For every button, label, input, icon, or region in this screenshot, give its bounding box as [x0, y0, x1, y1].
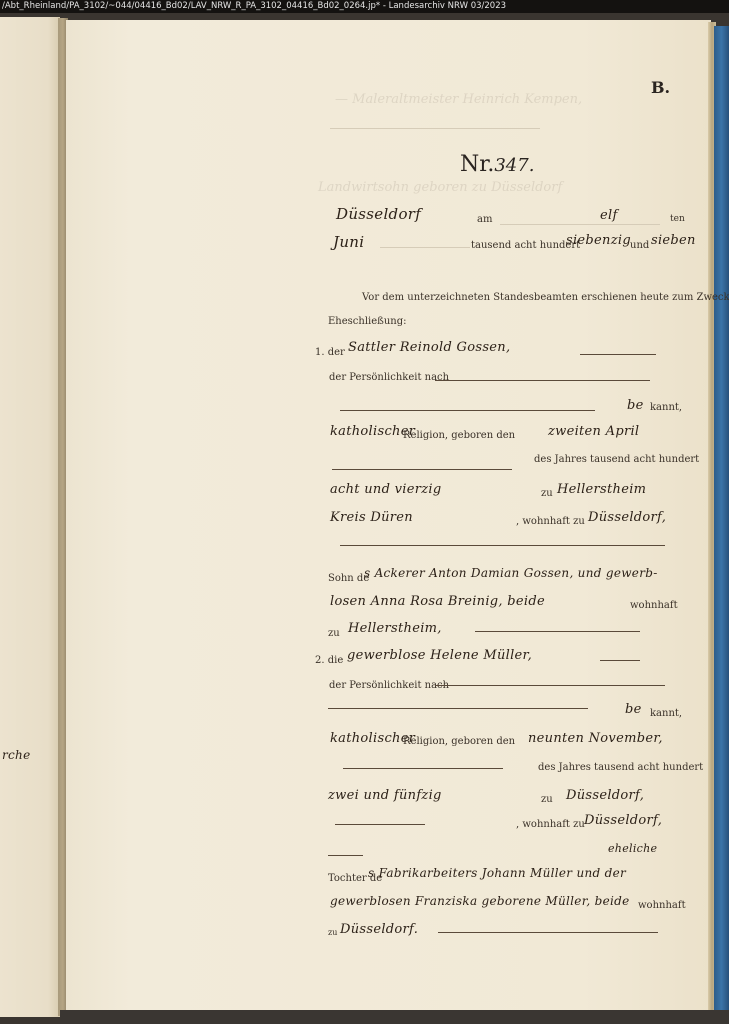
label-year-prefix: tausend acht hundert	[471, 240, 580, 251]
bride-known-label: kannt,	[650, 708, 682, 719]
bride-parents-line1: s Fabrikarbeiters Johann Müller und der	[368, 866, 626, 880]
bride-parents-residence: Düsseldorf.	[340, 922, 418, 937]
bride-parents-residence-prefix: zu	[328, 928, 337, 937]
label-am: am	[477, 214, 492, 225]
fill-line	[343, 768, 503, 769]
fill-line	[438, 932, 658, 933]
groom-birth-day: zweiten April	[548, 424, 639, 439]
intro-text-2: Eheschließung:	[328, 316, 406, 327]
bride-identity-label: der Persönlichkeit nach	[329, 680, 449, 691]
bride-residence: Düsseldorf,	[584, 813, 662, 828]
fill-line	[475, 631, 640, 632]
fill-line	[332, 469, 512, 470]
month-handwritten: Juni	[333, 233, 364, 251]
fill-line	[435, 380, 650, 381]
window-title-bar: /Abt_Rheinland/PA_3102/~044/04416_Bd02/L…	[0, 0, 729, 13]
record-number-value: 347.	[494, 155, 534, 176]
place-handwritten: Düsseldorf	[336, 205, 421, 223]
bride-birth-year: zwei und fünfzig	[328, 788, 442, 803]
groom-birth-place: Hellerstheim	[557, 482, 646, 497]
groom-name: Sattler Reinold Gossen,	[348, 340, 510, 355]
groom-identity-label: der Persönlichkeit nach	[329, 372, 449, 383]
groom-residence: Düsseldorf,	[588, 510, 666, 525]
fill-line	[600, 660, 640, 661]
fill-line	[435, 685, 665, 686]
intro-text: Vor dem unterzeichneten Standesbeamten e…	[362, 292, 729, 303]
bride-annotation: eheliche	[608, 842, 657, 855]
scan-bottom	[60, 1010, 729, 1024]
groom-district: Kreis Düren	[330, 510, 413, 525]
bride-number: 2. die	[315, 655, 343, 666]
fill-line	[580, 354, 656, 355]
bleed-through-text: — Maleraltmeister Heinrich Kempen,	[335, 92, 582, 107]
bride-birth-day: neunten November,	[528, 731, 663, 746]
groom-parents-line2: losen Anna Rosa Breinig, beide	[330, 594, 545, 609]
groom-religion-label: Religion, geboren den	[403, 430, 515, 441]
bride-known-hand: be	[625, 702, 642, 717]
groom-residence-label: , wohnhaft zu	[516, 516, 585, 527]
fill-line	[335, 824, 425, 825]
bleed-through-text: Landwirtsohn geboren zu Düsseldorf	[318, 180, 562, 195]
bride-residence-label: , wohnhaft zu	[516, 819, 585, 830]
groom-birth-place-label: zu	[541, 488, 553, 499]
year-tens-handwritten: siebenzig	[566, 233, 631, 248]
bride-religion-label: Religion, geboren den	[403, 736, 515, 747]
fill-line	[340, 410, 595, 411]
bride-birth-place-label: zu	[541, 794, 553, 805]
section-mark: B.	[651, 78, 670, 97]
fill-line	[328, 708, 588, 709]
groom-parents-residence-label: wohnhaft	[630, 600, 678, 611]
groom-parents-line1: s Ackerer Anton Damian Gossen, und gewer…	[364, 566, 658, 580]
day-handwritten: elf	[600, 208, 618, 223]
groom-birth-year: acht und vierzig	[330, 482, 442, 497]
bride-parents-line2: gewerblosen Franziska geborene Müller, b…	[330, 894, 630, 908]
label-und: und	[630, 240, 649, 251]
rule	[500, 224, 660, 225]
fill-line	[328, 855, 363, 856]
book-cover	[714, 26, 729, 1016]
record-number-prefix: Nr.	[460, 152, 494, 177]
bride-year-label: des Jahres tausend acht hundert	[538, 762, 703, 773]
bride-parents-residence-label: wohnhaft	[638, 900, 686, 911]
year-units-handwritten: sieben	[651, 233, 696, 248]
groom-year-label: des Jahres tausend acht hundert	[534, 454, 699, 465]
fill-line	[340, 545, 665, 546]
bleed-line	[330, 128, 540, 129]
record-number: Nr.347.	[460, 152, 534, 177]
left-page-fragment: rche	[2, 748, 31, 762]
left-page	[0, 17, 60, 1017]
rule	[380, 247, 470, 248]
label-ten: ten	[670, 214, 685, 224]
groom-parents-residence: Hellerstheim,	[348, 621, 442, 636]
window-title: /Abt_Rheinland/PA_3102/~044/04416_Bd02/L…	[2, 1, 506, 11]
groom-parents-residence-prefix: zu	[328, 628, 340, 639]
groom-known-hand: be	[627, 398, 644, 413]
bride-birth-place: Düsseldorf,	[566, 788, 644, 803]
groom-known-label: kannt,	[650, 402, 682, 413]
groom-number: 1. der	[315, 347, 345, 358]
bride-name: gewerblose Helene Müller,	[347, 648, 532, 663]
